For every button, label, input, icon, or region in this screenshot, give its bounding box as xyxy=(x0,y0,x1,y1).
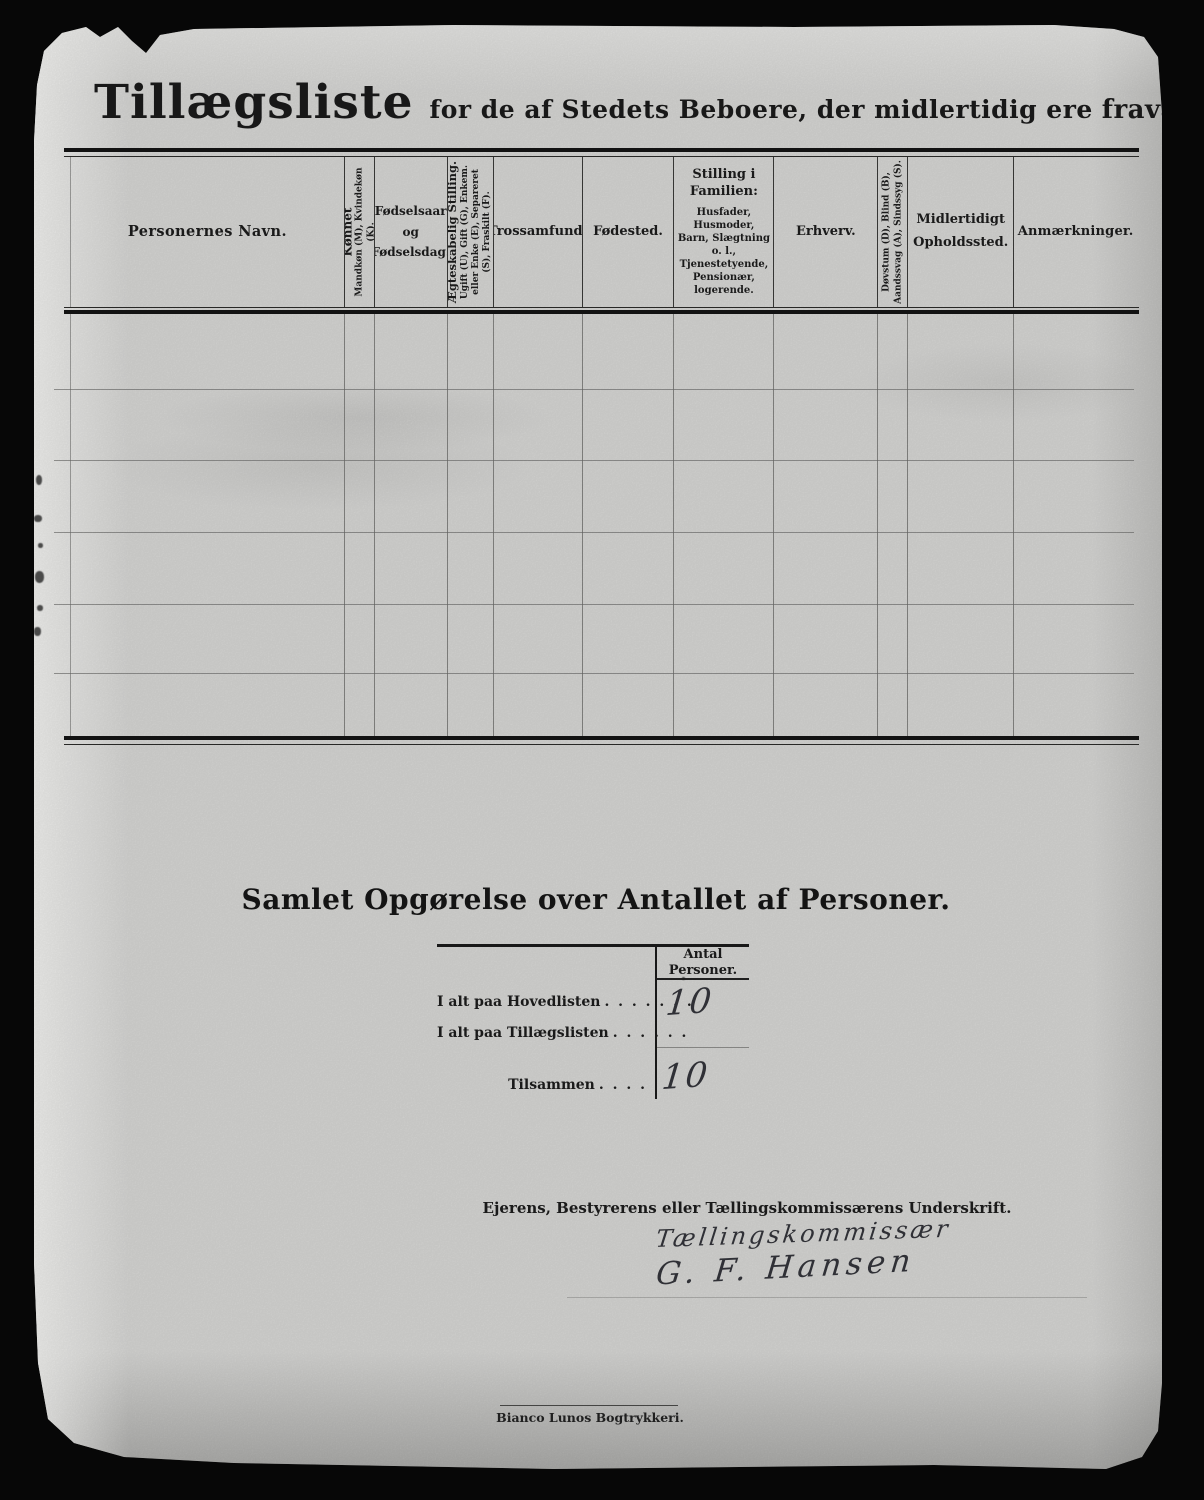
edge-speck xyxy=(35,571,44,583)
column-title: Fødested. xyxy=(593,224,663,240)
scan-background: Tillægsliste for de af Stedets Beboere, … xyxy=(0,0,1204,1500)
row-line xyxy=(54,604,1134,605)
count-header-line1: Antal xyxy=(657,947,749,963)
column-title: Midlertidigt Opholdssted. xyxy=(911,209,1010,255)
leader-dots: . . . . . . xyxy=(613,1025,689,1041)
title-emphasis: fraværende. xyxy=(1102,95,1204,125)
column-header-foedested: Fødested. xyxy=(583,157,675,307)
column-subtitle: Ugift (U), Gift (G), Enkem. eller Enke (… xyxy=(460,159,493,305)
column-title: Anmærkninger. xyxy=(1018,224,1134,240)
printer-imprint: Bianco Lunos Bogtrykkeri. xyxy=(490,1410,690,1425)
title-rule-thick xyxy=(64,148,1139,152)
summary-row-tillaegslisten: I alt paa Tillægslisten. . . . . . xyxy=(437,1025,647,1041)
column-header-anmaerkninger: Anmærkninger. xyxy=(1014,157,1137,307)
summary-row-tilsammen: Tilsammen. . . . xyxy=(437,1077,647,1093)
title-subtitle: for de af Stedets Beboere, der midlertid… xyxy=(429,95,1092,124)
row-line xyxy=(54,389,1134,390)
edge-speck xyxy=(36,475,42,485)
ink-speck xyxy=(682,977,685,980)
column-title: Personernes Navn. xyxy=(128,223,287,241)
summary-count-header: Antal Personer. xyxy=(657,947,749,978)
summary-mid-rule xyxy=(657,978,749,980)
edge-speck xyxy=(37,605,43,611)
column-header-foedselsaar: Fødselsaar og Fødselsdag. xyxy=(375,157,448,307)
title-main: Tillægsliste xyxy=(94,75,413,130)
column-header-stilling-i-familien: Stilling i Familien: Husfader, Husmoder,… xyxy=(674,157,774,307)
column-header-doevstum: Døvstum (D), Blind (B), Aandssvag (A), S… xyxy=(878,157,908,307)
column-header-aegteskabelig-stilling: Ægteskabelig Stilling. Ugift (U), Gift (… xyxy=(448,157,494,307)
summary-row-label: Tilsammen xyxy=(508,1077,595,1093)
column-title: Erhverv. xyxy=(796,224,856,240)
vertical-text: Døvstum (D), Blind (B), Aandssvag (A), S… xyxy=(881,159,904,305)
column-title: Stilling i Familien: xyxy=(677,167,770,200)
column-subtitle: Mandkøn (M), Kvindekøn (K). xyxy=(355,159,375,305)
header-rule-thin xyxy=(64,307,1139,308)
imprint-rule xyxy=(500,1405,678,1406)
handwritten-count-tilsammen: 10 xyxy=(660,1055,711,1099)
column-title: Ægteskabelig Stilling. xyxy=(448,159,460,305)
summary-row-hovedlisten: I alt paa Hovedlisten. . . . . . . xyxy=(437,994,647,1010)
vertical-text: Ægteskabelig Stilling. Ugift (U), Gift (… xyxy=(448,159,494,305)
table-bottom-rule-thick xyxy=(64,736,1139,740)
column-header-midlertidigt-opholdssted: Midlertidigt Opholdssted. xyxy=(908,157,1014,307)
column-header-koennet: Kønnet Mandkøn (M), Kvindekøn (K). xyxy=(345,157,375,307)
edge-speck xyxy=(34,627,41,636)
edge-speck xyxy=(34,515,42,522)
vertical-text: Kønnet Mandkøn (M), Kvindekøn (K). xyxy=(345,159,375,305)
row-line xyxy=(54,532,1134,533)
handwritten-count-hovedlisten: 10 xyxy=(664,981,715,1025)
row-line xyxy=(54,460,1134,461)
row-line xyxy=(54,673,1134,674)
summary-heading: Samlet Opgørelse over Antallet af Person… xyxy=(64,883,1128,916)
leader-dots: . . . . xyxy=(599,1077,647,1093)
column-header-personernes-navn: Personernes Navn. xyxy=(71,157,345,307)
column-title: Trossamfund. xyxy=(494,224,583,240)
column-header-trossamfund: Trossamfund. xyxy=(494,157,583,307)
table-bottom-rule-thin xyxy=(64,744,1139,745)
document-title: Tillægsliste for de af Stedets Beboere, … xyxy=(94,75,1144,130)
column-title: Fødselsaar og Fødselsdag. xyxy=(375,201,448,262)
column-subtitle: Husfader, Husmoder, Barn, Slægtning o. l… xyxy=(677,206,770,297)
signature-underline xyxy=(567,1297,1087,1298)
document-page: Tillægsliste for de af Stedets Beboere, … xyxy=(34,23,1162,1471)
summary-row-label: I alt paa Tillægslisten xyxy=(437,1025,609,1041)
column-header-erhverv: Erhverv. xyxy=(774,157,878,307)
summary-row-label: I alt paa Hovedlisten xyxy=(437,994,600,1010)
census-table-header: Personernes Navn. Kønnet Mandkøn (M), Kv… xyxy=(70,157,1137,307)
count-header-line2: Personer. xyxy=(657,963,749,979)
column-title: Døvstum (D), Blind (B), Aandssvag (A), S… xyxy=(881,159,904,305)
summary-table: Antal Personer. I alt paa Hovedlisten. .… xyxy=(437,944,749,1104)
summary-faint-rule xyxy=(657,1047,749,1048)
edge-speck xyxy=(38,543,43,548)
